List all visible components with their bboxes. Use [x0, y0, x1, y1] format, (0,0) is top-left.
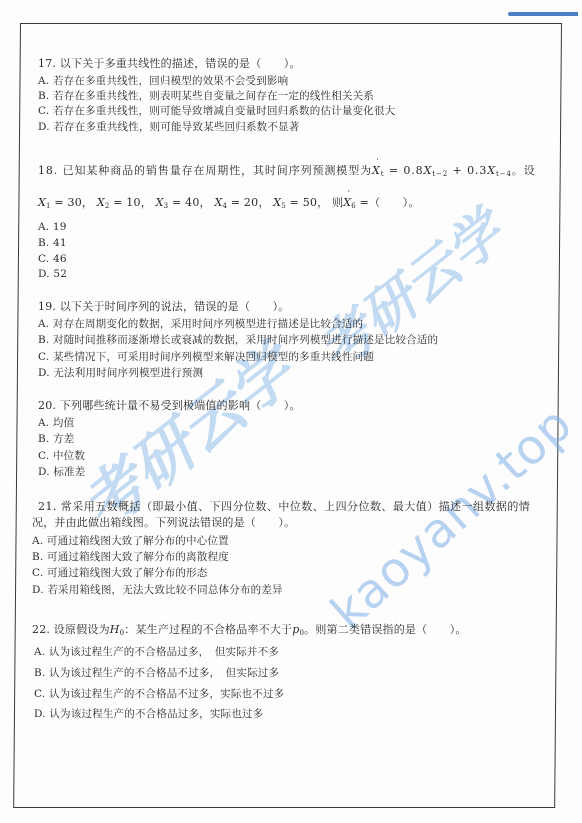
given-values: X1 = 30， X2 = 10， X3 = 40， X4 = 20， X5 =…	[38, 196, 420, 213]
watermark-url: kaoyanv.top	[320, 396, 582, 641]
given-val: = 30，	[51, 196, 93, 209]
option-key: D.	[38, 268, 50, 280]
question-number: 20.	[38, 399, 56, 412]
option-text: 方差	[53, 433, 74, 445]
option-key: A.	[32, 535, 43, 547]
option-b: B. 方差	[38, 432, 74, 446]
option-key: C.	[38, 253, 49, 265]
option-c: C. 认为该过程生产的不合格品不过多，实际也不过多	[34, 687, 284, 701]
option-a: A. 19	[38, 220, 67, 234]
question-stem: 18. 已知某种商品的销售量存在周期性，其时间序列预测模型为Xt = 0.8Xt…	[38, 164, 536, 181]
option-text: 认为该过程生产的不合格品不过多， 但实际过多	[49, 667, 279, 679]
option-a: A. 对存在周期变化的数据，采用时间序列模型进行描述是比较合适的	[38, 317, 363, 331]
option-b: B. 认为该过程生产的不合格品不过多， 但实际过多	[34, 666, 279, 680]
formula-lhs: X	[372, 164, 381, 178]
option-a: A. 均值	[38, 416, 74, 430]
option-a: A. 若存在多重共线性，回归模型的效果不会受到影响	[38, 74, 288, 88]
option-d: D. 认为该过程生产的不合格品过多，实际也过多	[34, 707, 263, 721]
ask-suffix: =（ ）。	[356, 196, 420, 209]
option-b: B. 对随时间推移而逐渐增长或衰减的数据，采用时间序列模型进行描述是比较合适的	[38, 333, 438, 347]
option-d: D. 标准差	[38, 465, 85, 479]
question-number: 19.	[38, 300, 56, 313]
option-key: B.	[34, 667, 45, 679]
formula-term: X	[487, 164, 496, 177]
option-key: B.	[38, 237, 49, 249]
option-d: D. 若存在多重共线性，则可能导致某些回归系数不显著	[38, 120, 299, 134]
option-d: D. 若采用箱线图，无法大致比较不同总体分布的差异	[32, 583, 283, 597]
option-key: B.	[32, 551, 43, 563]
question-text: 下列哪些统计量不易受到极端值的影响（ ）。	[60, 399, 301, 412]
option-c: C. 可通过箱线图大致了解分布的形态	[32, 566, 207, 580]
option-a: A. 认为该过程生产的不合格品过多， 但实际并不多	[34, 645, 279, 659]
option-c: C. 中位数	[38, 449, 85, 463]
option-b: B. 若存在多重共线性，则表明某些自变量之间存在一定的线性相关关系	[38, 89, 374, 103]
option-text: 19	[53, 221, 67, 233]
formula-tail: 。设	[512, 164, 536, 177]
option-text: 若存在多重共线性，则可能导致增减自变量时回归系数的估计量变化很大	[53, 105, 395, 117]
given-var: X	[156, 196, 164, 209]
option-text: 若存在多重共线性，则表明某些自变量之间存在一定的线性相关关系	[53, 90, 374, 102]
option-text: 若存在多重共线性，回归模型的效果不会受到影响	[53, 75, 288, 87]
option-d: D. 52	[38, 267, 67, 281]
hypothesis-var: H	[110, 623, 120, 636]
option-text: 可通过箱线图大致了解分布的离散程度	[47, 551, 229, 563]
option-d: D. 无法利用时间序列模型进行预测	[38, 366, 203, 380]
question-number: 21.	[38, 500, 57, 513]
option-key: D.	[32, 584, 44, 596]
option-text: 认为该过程生产的不合格品不过多，实际也不过多	[49, 688, 284, 700]
question-stem: 20. 下列哪些统计量不易受到极端值的影响（ ）。	[38, 399, 301, 413]
question-stem: 19. 以下关于时间序列的说法，错误的是（ ）。	[38, 300, 290, 314]
option-text: 均值	[53, 417, 74, 429]
option-key: D.	[38, 121, 50, 133]
option-a: A. 可通过箱线图大致了解分布的中心位置	[32, 534, 229, 548]
question-stem-line2: 况，并由此做出箱线图。下列说法错误的是（ ）。	[32, 516, 295, 530]
given-val: = 10，	[110, 196, 152, 209]
option-key: A.	[38, 221, 49, 233]
option-text: 对随时间推移而逐渐增长或衰减的数据，采用时间序列模型进行描述是比较合适的	[53, 334, 438, 346]
option-key: A.	[38, 417, 49, 429]
question-text: 。则第二类错误指的是（ ）。	[304, 623, 467, 636]
option-text: 认为该过程生产的不合格品过多，实际也过多	[49, 708, 263, 720]
option-b: B. 41	[38, 236, 67, 250]
option-key: C.	[34, 688, 45, 700]
option-key: B.	[38, 334, 49, 346]
question-stem: 17. 以下关于多重共线性的描述，错误的是（ ）。	[38, 57, 301, 71]
option-text: 认为该过程生产的不合格品过多， 但实际并不多	[49, 646, 279, 658]
option-text: 46	[53, 253, 67, 265]
option-c: C. 某些情况下，可采用时间序列模型来解决回归模型的多重共线性问题	[38, 350, 374, 364]
option-key: A.	[38, 75, 49, 87]
option-key: A.	[38, 318, 49, 330]
option-c: C. 46	[38, 252, 67, 266]
given-val: = 50，	[286, 196, 328, 209]
option-key: B.	[38, 433, 49, 445]
option-key: D.	[38, 367, 50, 379]
option-text: 若采用箱线图，无法大致比较不同总体分布的差异	[47, 584, 282, 596]
option-text: 对存在周期变化的数据，采用时间序列模型进行描述是比较合适的	[53, 318, 363, 330]
option-key: A.	[34, 646, 45, 658]
ask-prefix: 则	[332, 196, 343, 209]
given-var: X	[97, 196, 105, 209]
option-c: C. 若存在多重共线性，则可能导致增减自变量时回归系数的估计量变化很大	[38, 104, 395, 118]
option-key: C.	[38, 351, 49, 363]
question-stem: 21. 常采用五数概括（即最小值、下四分位数、中位数、上四分位数、最大值）描述一…	[38, 500, 530, 514]
option-text: 某些情况下，可采用时间序列模型来解决回归模型的多重共线性问题	[53, 351, 374, 363]
formula-plus: + 0.3	[448, 164, 487, 177]
option-text: 可通过箱线图大致了解分布的形态	[47, 567, 208, 579]
option-key: D.	[38, 466, 50, 478]
formula-eq: = 0.8	[384, 164, 423, 177]
option-b: B. 可通过箱线图大致了解分布的离散程度	[32, 550, 229, 564]
option-key: B.	[38, 90, 49, 102]
option-text: 无法利用时间序列模型进行预测	[53, 367, 203, 379]
rate-var: p	[292, 623, 299, 636]
question-text: 常采用五数概括（即最小值、下四分位数、中位数、上四分位数、最大值）描述一组数据的…	[61, 500, 530, 513]
formula-term: X	[424, 164, 433, 177]
option-text: 可通过箱线图大致了解分布的中心位置	[47, 535, 229, 547]
given-val: = 20，	[227, 196, 269, 209]
option-text: 标准差	[53, 466, 85, 478]
option-key: D.	[34, 708, 46, 720]
question-text: 况，并由此做出箱线图。下列说法错误的是（ ）。	[32, 516, 295, 529]
question-text: 以下关于时间序列的说法，错误的是（ ）。	[60, 300, 290, 313]
question-text: 设原假设为	[54, 623, 110, 636]
given-var: X	[38, 196, 46, 209]
ask-var: X	[343, 196, 351, 210]
question-number: 17.	[38, 57, 56, 70]
formula-sub: t−2	[432, 170, 448, 178]
question-text: 以下关于多重共线性的描述，错误的是（ ）。	[60, 57, 301, 70]
question-stem: 22. 设原假设为H0：某生产过程的不合格品率不大于p0。则第二类错误指的是（ …	[32, 623, 467, 640]
question-number: 22.	[32, 623, 50, 636]
option-key: C.	[32, 567, 43, 579]
given-val: = 40，	[168, 196, 210, 209]
question-number: 18.	[38, 164, 58, 177]
option-text: 52	[53, 268, 67, 280]
question-text: ：某生产过程的不合格品率不大于	[124, 623, 292, 636]
formula-sub: t−4	[496, 170, 512, 178]
option-key: C.	[38, 105, 49, 117]
option-text: 41	[53, 237, 67, 249]
question-text: 已知某种商品的销售量存在周期性，其时间序列预测模型为	[63, 164, 372, 177]
option-text: 若存在多重共线性，则可能导致某些回归系数不显著	[53, 121, 299, 133]
option-text: 中位数	[53, 450, 85, 462]
exam-page: 考研云学 考研云学 kaoyanv.top 17. 以下关于多重共线性的描述，错…	[0, 0, 582, 823]
option-key: C.	[38, 450, 49, 462]
